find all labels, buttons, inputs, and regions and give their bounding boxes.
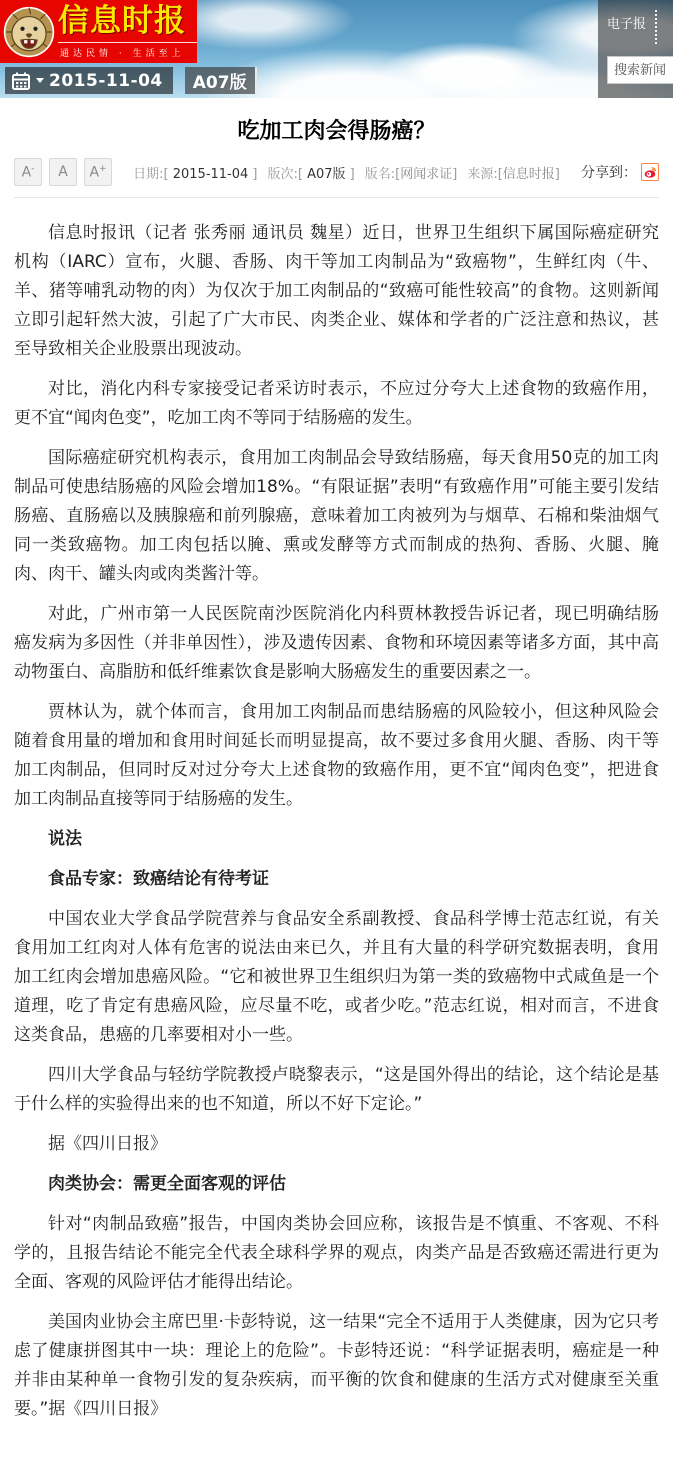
date-picker[interactable]: 2015-11-04 [5, 67, 173, 94]
lion-mascot-icon [0, 0, 58, 63]
chevron-down-icon [36, 78, 44, 83]
dotted-divider [655, 10, 657, 44]
date-edition-row: 2015-11-04 A07版 [5, 67, 257, 94]
article-paragraph: 四川大学食品与轻纺学院教授卢晓黎表示，“这是国外得出的结论，这个结论是基于什么样… [14, 1061, 659, 1119]
meta-item: 版名:[网闻求证] [365, 167, 458, 182]
font-default-button[interactable]: A [49, 158, 77, 186]
section-heading: 食品专家：致癌结论有待考证 [14, 865, 659, 894]
article-paragraph: 据《四川日报》 [14, 1130, 659, 1159]
search-input[interactable] [607, 56, 673, 84]
article-paragraph: 针对“肉制品致癌”报告，中国肉类协会回应称，该报告是不慎重、不客观、不科学的，且… [14, 1210, 659, 1297]
font-decrease-button[interactable]: A- [14, 158, 42, 186]
meta-item: 来源:[信息时报] [467, 167, 560, 182]
calendar-icon [11, 71, 31, 91]
edition-badge[interactable]: A07版 [185, 67, 257, 94]
site-tagline: 通达民情 · 生活至上 [58, 42, 197, 63]
font-size-controls: A-AA+ [14, 158, 112, 186]
header-right-panel: 电子报 [598, 0, 673, 98]
article-paragraph: 美国肉业协会主席巴里·卡彭特说，这一结果“完全不适用于人类健康，因为它只考虑了健… [14, 1308, 659, 1424]
section-heading: 肉类协会：需更全面客观的评估 [14, 1170, 659, 1199]
font-increase-button[interactable]: A+ [84, 158, 112, 186]
meta-item: 日期:[ 2015-11-04 ] [133, 167, 257, 182]
article-paragraph: 信息时报讯（记者 张秀丽 通讯员 魏星）近日，世界卫生组织下属国际癌症研究机构（… [14, 219, 659, 364]
site-name: 信息时报 [58, 0, 197, 42]
section-heading: 说法 [14, 825, 659, 854]
share-row: 分享到： [581, 162, 659, 182]
article-meta-row: A-AA+ 日期:[ 2015-11-04 ]版次:[ A07版 ]版名:[网闻… [14, 157, 659, 187]
article-meta: 日期:[ 2015-11-04 ]版次:[ A07版 ]版名:[网闻求证]来源:… [112, 163, 581, 182]
page: 信息时报 通达民情 · 生活至上 [0, 0, 673, 1459]
date-label: 2015-11-04 [49, 71, 163, 91]
article-paragraph: 对比，消化内科专家接受记者采访时表示，不应过分夸大上述食物的致癌作用，更不宜“闻… [14, 375, 659, 433]
article-paragraph: 对此，广州市第一人民医院南沙医院消化内科贾林教授告诉记者，现已明确结肠癌发病为多… [14, 600, 659, 687]
article-paragraph: 贾林认为，就个体而言，食用加工肉制品而患结肠癌的风险较小，但这种风险会随着食用量… [14, 698, 659, 814]
article-paragraph: 国际癌症研究机构表示，食用加工肉制品会导致结肠癌，每天食用50克的加工肉制品可使… [14, 444, 659, 589]
meta-divider [14, 197, 659, 198]
article-container: 吃加工肉会得肠癌？ A-AA+ 日期:[ 2015-11-04 ]版次:[ A0… [0, 114, 673, 1459]
article-body: 信息时报讯（记者 张秀丽 通讯员 魏星）近日，世界卫生组织下属国际癌症研究机构（… [14, 202, 659, 1459]
weibo-share-icon[interactable] [641, 163, 659, 181]
site-logo[interactable]: 信息时报 通达民情 · 生活至上 [0, 0, 197, 63]
meta-item: 版次:[ A07版 ] [268, 167, 355, 182]
article-title: 吃加工肉会得肠癌？ [14, 114, 659, 145]
site-header: 信息时报 通达民情 · 生活至上 [0, 0, 673, 98]
epaper-link[interactable]: 电子报 [607, 10, 646, 32]
share-label: 分享到： [581, 162, 637, 182]
article-paragraph: 中国农业大学食品学院营养与食品安全系副教授、食品科学博士范志红说，有关食用加工红… [14, 905, 659, 1050]
